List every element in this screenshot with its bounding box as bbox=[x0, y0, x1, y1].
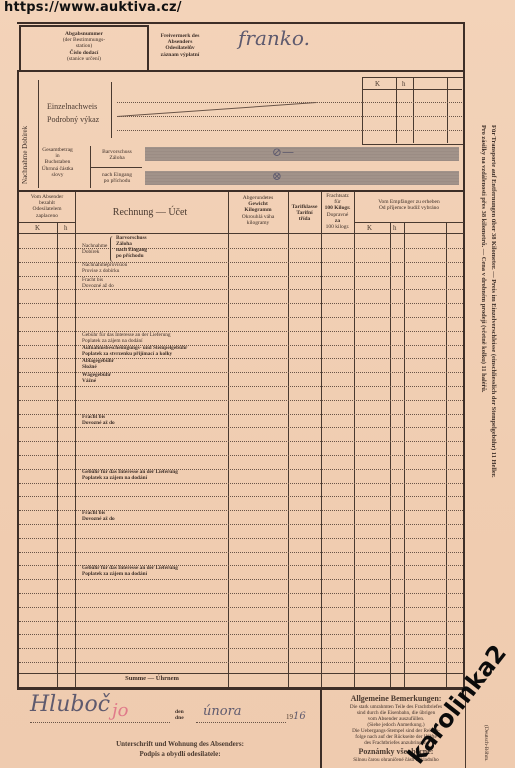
free-note-label: Freivermerk des Absenders Odesilatelův z… bbox=[150, 33, 210, 58]
col-weight-header: Abgerundetes Gewicht Kilogramm Okrouhlá … bbox=[229, 195, 287, 226]
table-row-rule bbox=[19, 607, 463, 608]
table-row-rule bbox=[19, 593, 463, 594]
detail-line-1 bbox=[117, 102, 362, 103]
table-top-border bbox=[17, 190, 465, 192]
cod-h-header: h bbox=[402, 80, 406, 88]
table-row-rule bbox=[19, 427, 463, 428]
year-label: 1916 bbox=[286, 713, 306, 721]
entry-storage-fee: Ablagegebühr Složné bbox=[82, 358, 114, 370]
col-recipient-header: Vom Empfänger zu erheben Od příjemce bud… bbox=[355, 199, 463, 211]
month-line bbox=[196, 722, 286, 723]
col-sender-paid-header: Vom Absender bezahlt Odesilatelem zaplac… bbox=[20, 194, 74, 219]
table-row-rule bbox=[19, 524, 463, 525]
entry-cod-sub: Barvorschuss Záloha nach Eingang po příc… bbox=[116, 235, 147, 259]
after-receipt-amount-field[interactable] bbox=[145, 171, 459, 185]
url-banner[interactable]: https://www.auktiva.cz/ bbox=[4, 0, 182, 15]
after-receipt-scribble: ⊗ bbox=[272, 169, 282, 183]
col-account-header: Rechnung — Účet bbox=[85, 207, 215, 218]
table-row-rule bbox=[19, 538, 463, 539]
advance-divider bbox=[90, 167, 142, 168]
signature-label: Unterschrift und Wohnung des Absenders: … bbox=[60, 739, 300, 759]
sender-kh-line bbox=[19, 222, 75, 223]
printer-note: (Deutsch-Böhm. bbox=[482, 725, 490, 762]
header-right-border bbox=[463, 22, 465, 70]
table-row-rule bbox=[19, 400, 463, 401]
remarks-left-border bbox=[320, 690, 322, 768]
table-row-rule bbox=[19, 386, 463, 387]
col-line-recipient-left bbox=[354, 192, 355, 687]
entry-cod: Nachnahme Dobírek bbox=[82, 243, 107, 255]
place-line bbox=[30, 722, 170, 723]
free-note-value: franko. bbox=[238, 26, 310, 50]
advance-amount-field[interactable] bbox=[145, 147, 459, 161]
entry-freight-1: Fracht bis Dovozné až do bbox=[82, 277, 114, 289]
detail-label: Einzelnachweis Podrobný výkaz bbox=[47, 100, 99, 126]
sum-label: Summe — Úhrnem bbox=[76, 676, 228, 682]
table-row-rule bbox=[19, 455, 463, 456]
col-sender-k: K bbox=[35, 224, 40, 232]
entry-interest-fee-2: Gebühr für das Interesse an der Lieferun… bbox=[82, 469, 178, 481]
cod-brace-small bbox=[110, 236, 113, 262]
side-note: Für Transporte auf Entfernungen über 38 … bbox=[478, 125, 498, 585]
cod-amount-row-1 bbox=[362, 102, 462, 103]
col-sender-h: h bbox=[64, 224, 68, 232]
day-label: den dne bbox=[175, 709, 184, 721]
table-row-rule bbox=[19, 303, 463, 304]
entry-stamp-fee: Aufnahmsbescheinigungs- und Stempelgebüh… bbox=[82, 345, 187, 357]
cod-amount-row-3 bbox=[362, 130, 462, 131]
entry-weighing-fee: Wägegebühr Vážné bbox=[82, 372, 111, 384]
table-row-rule bbox=[19, 496, 463, 497]
advance-label: Barvorschuss Záloha bbox=[92, 149, 142, 161]
table-row-rule bbox=[19, 441, 463, 442]
detail-line-2 bbox=[117, 116, 362, 117]
after-receipt-label: nach Eingang po příchodu bbox=[92, 172, 142, 184]
sum-top-line bbox=[19, 673, 464, 674]
col-line-rate-left bbox=[321, 192, 322, 687]
header-bottom-border bbox=[145, 70, 465, 72]
col-recipient-h: h bbox=[393, 224, 397, 232]
total-words-label: Gesamtbetrag in Buchstaben Úhrnná částka… bbox=[30, 147, 85, 178]
place-red-pencil: jo bbox=[112, 700, 128, 721]
cod-right-border bbox=[463, 70, 465, 190]
recipient-kh-line bbox=[354, 222, 464, 223]
cod-amount-row-2 bbox=[362, 116, 462, 117]
station-box-label: Abgabsnummer (der Bestimmungs- station) … bbox=[21, 31, 147, 62]
advance-scribble: ⊘— bbox=[272, 145, 294, 159]
entry-interest-fee-3: Gebühr für das Interesse an der Lieferun… bbox=[82, 565, 178, 577]
detail-divider bbox=[111, 82, 112, 138]
top-border bbox=[17, 22, 465, 24]
table-row-rule bbox=[19, 648, 463, 649]
header-bottom-line bbox=[19, 233, 464, 234]
cod-amount-col-3 bbox=[447, 77, 448, 143]
detail-line-3 bbox=[117, 130, 362, 131]
col-tariff-header: Tarifklasse Tarifní třída bbox=[288, 204, 321, 223]
entry-freight-3: Fracht bis Dovozné až do bbox=[82, 510, 115, 522]
cod-amount-col-2 bbox=[413, 77, 414, 143]
table-row-rule bbox=[19, 483, 463, 484]
month-handwritten: února bbox=[203, 704, 242, 719]
col-recipient-k: K bbox=[367, 224, 372, 232]
table-row-rule bbox=[19, 579, 463, 580]
entry-cod-commission: Nachnahmeprovision Provise z dobírku bbox=[82, 262, 127, 274]
table-row-rule bbox=[19, 634, 463, 635]
col-rate-header: Frachtsatz für 100 Kilogr. Dopravné za 1… bbox=[321, 193, 354, 230]
table-row-rule bbox=[19, 552, 463, 553]
entry-freight-2: Fracht bis Dovozné až do bbox=[82, 414, 115, 426]
table-row-rule bbox=[19, 662, 463, 663]
table-bottom-border bbox=[17, 687, 465, 690]
cod-k-header: K bbox=[375, 80, 380, 88]
place-handwritten: Hluboč bbox=[30, 692, 110, 717]
cod-side-label: Nachnahme Dobírek bbox=[21, 84, 29, 184]
table-right-border bbox=[463, 190, 465, 690]
table-row-rule bbox=[19, 317, 463, 318]
cod-amount-col-1 bbox=[396, 77, 397, 143]
table-row-rule bbox=[19, 289, 463, 290]
col-line-weight-left bbox=[228, 192, 229, 687]
table-row-rule bbox=[19, 621, 463, 622]
left-border bbox=[17, 70, 19, 690]
col-line-tariff-left bbox=[288, 192, 289, 687]
entry-interest-fee-1: Gebühr für das Interesse an der Lieferun… bbox=[82, 332, 171, 344]
col-line-account-left bbox=[75, 192, 76, 687]
